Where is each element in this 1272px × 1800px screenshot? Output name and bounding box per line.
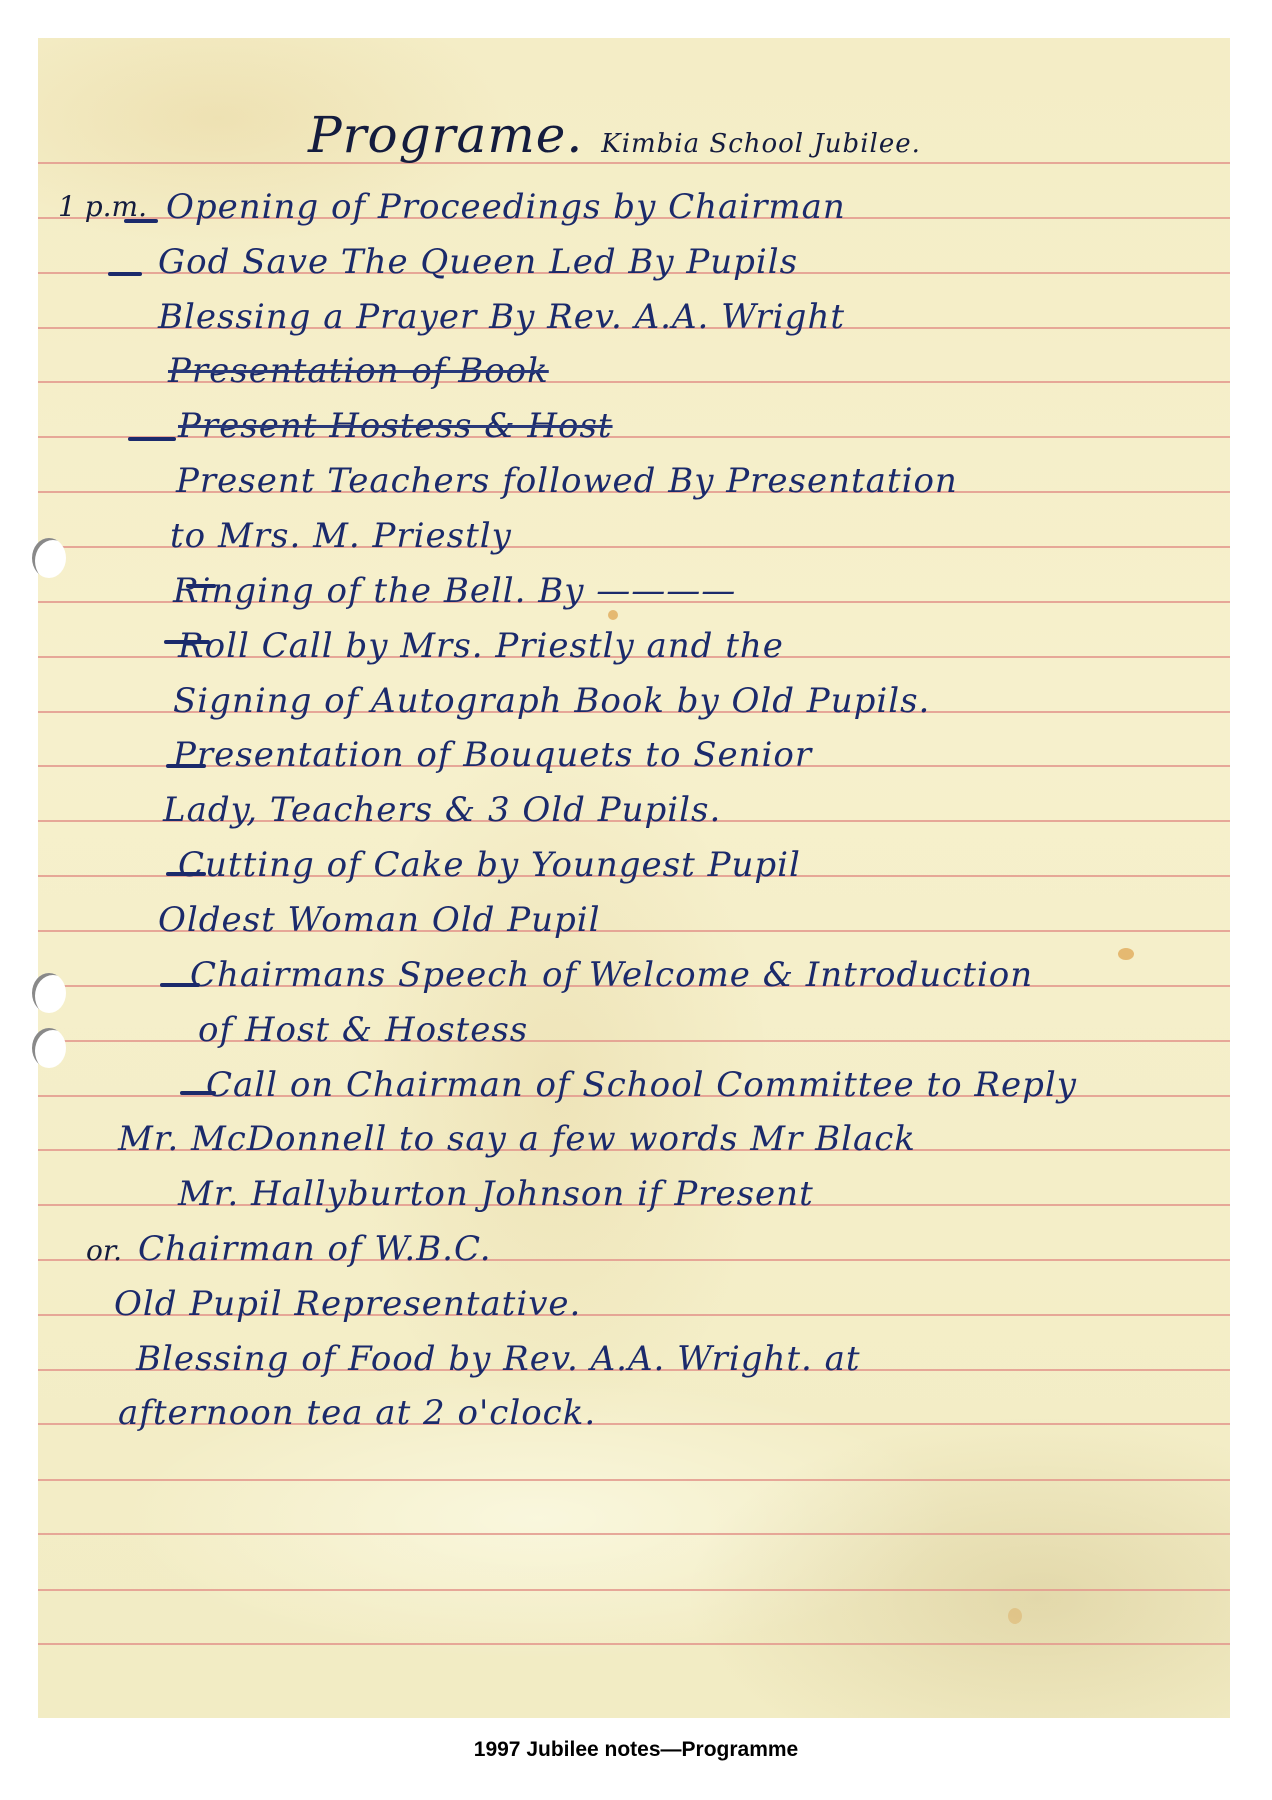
programme-line-struck: Presentation of Book — [168, 354, 549, 388]
programme-line: Roll Call by Mrs. Priestly and the — [178, 629, 784, 663]
title-text: Programe. — [308, 106, 583, 164]
punch-hole — [32, 973, 66, 1013]
programme-line: Present Teachers followed By Presentatio… — [176, 464, 958, 498]
programme-line: Blessing a Prayer By Rev. A.A. Wright — [158, 300, 845, 334]
bullet-dash — [124, 219, 158, 223]
programme-line: Chairmans Speech of Welcome & Introducti… — [190, 958, 1033, 992]
page-title: Programe.Kimbia School Jubilee. — [308, 118, 921, 161]
programme-line: Mr. Hallyburton Johnson if Present — [178, 1177, 814, 1211]
notebook-page: Programe.Kimbia School Jubilee. 1 p.m. O… — [38, 38, 1230, 1718]
ruled-line — [38, 1533, 1230, 1535]
bullet-dash — [128, 437, 176, 441]
ruled-line — [38, 1479, 1230, 1481]
programme-line: God Save The Queen Led By Pupils — [158, 245, 798, 279]
programme-line: to Mrs. M. Priestly — [170, 519, 512, 553]
punch-hole — [32, 538, 66, 578]
ruled-line — [38, 1589, 1230, 1591]
programme-line: afternoon tea at 2 o'clock. — [118, 1396, 596, 1430]
ruled-line — [38, 162, 1230, 164]
programme-line-struck: Present Hostess & Host — [178, 409, 613, 443]
programme-line: Mr. McDonnell to say a few words Mr Blac… — [118, 1122, 916, 1156]
bullet-dash — [108, 272, 142, 276]
figure-caption: 1997 Jubilee notes—Programme — [0, 1738, 1272, 1762]
stain — [1008, 1608, 1022, 1624]
programme-line: Lady, Teachers & 3 Old Pupils. — [163, 793, 721, 827]
or-prefix: or. — [86, 1234, 122, 1267]
programme-line: Ringing of the Bell. By ———— — [173, 574, 736, 608]
ruled-line — [38, 1643, 1230, 1645]
programme-line: Cutting of Cake by Youngest Pupil — [178, 848, 801, 882]
programme-line: Blessing of Food by Rev. A.A. Wright. at — [136, 1342, 861, 1376]
stain — [1118, 948, 1134, 960]
programme-line: Chairman of W.B.C. — [138, 1232, 492, 1266]
stain — [608, 610, 618, 620]
programme-line: Opening of Proceedings by Chairman — [166, 190, 846, 224]
programme-line: Presentation of Bouquets to Senior — [173, 738, 812, 772]
programme-line: Old Pupil Representative. — [114, 1287, 581, 1321]
programme-line: Oldest Woman Old Pupil — [158, 903, 600, 937]
programme-line: Call on Chairman of School Committee to … — [206, 1068, 1077, 1102]
punch-hole — [32, 1028, 66, 1068]
subtitle-text: Kimbia School Jubilee. — [601, 129, 921, 159]
programme-line: Signing of Autograph Book by Old Pupils. — [173, 684, 930, 718]
programme-line: of Host & Hostess — [198, 1013, 528, 1047]
